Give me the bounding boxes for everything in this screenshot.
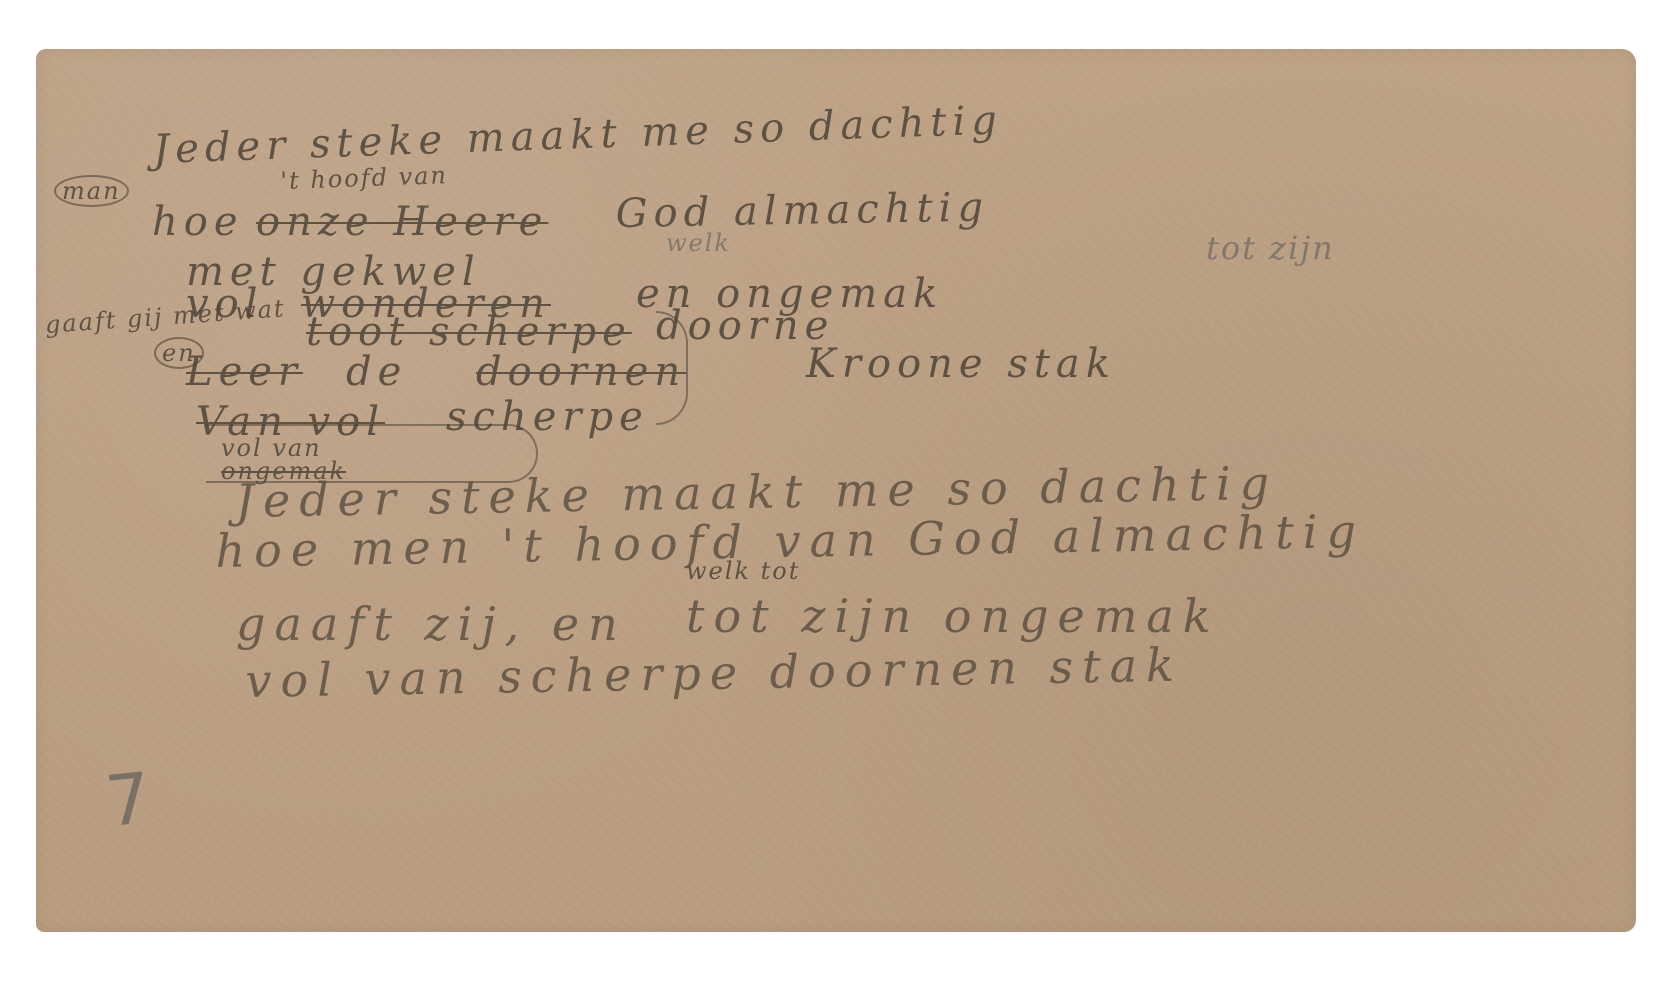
draft-struck-onze-heere: onze Heere <box>256 199 548 245</box>
draft-insertion-welk: welk <box>666 229 731 257</box>
final-line-3: gaaft zij, en <box>236 597 627 651</box>
margin-note-man: man <box>54 177 129 205</box>
final-interlinear: welk tot <box>686 557 800 585</box>
final-line-3-end: tot zijn ongemak <box>686 589 1220 643</box>
draft-line-6-de: de <box>346 349 407 395</box>
draft-line-6-end: Kroone stak <box>806 341 1116 387</box>
margin-note-tot-zijn: tot zijn <box>1206 229 1335 267</box>
draft-line-1: Jeder steke maakt me so dachtig <box>152 97 1003 173</box>
page-number: 7 <box>102 757 155 843</box>
manuscript-card: Jeder steke maakt me so dachtig man 't h… <box>36 49 1636 932</box>
draft-line-2-start: hoe <box>152 199 244 245</box>
draft-insertion-gaaft: gaaft gij met wat <box>44 294 286 339</box>
margin-note-man-text: man <box>54 175 129 207</box>
draft-struck-leer: Leer <box>186 349 303 395</box>
draft-struck-doornen: doornen <box>476 349 686 395</box>
draft-insertion-hoofd: 't hoofd van <box>280 161 448 195</box>
insertion-bracket <box>656 311 688 425</box>
